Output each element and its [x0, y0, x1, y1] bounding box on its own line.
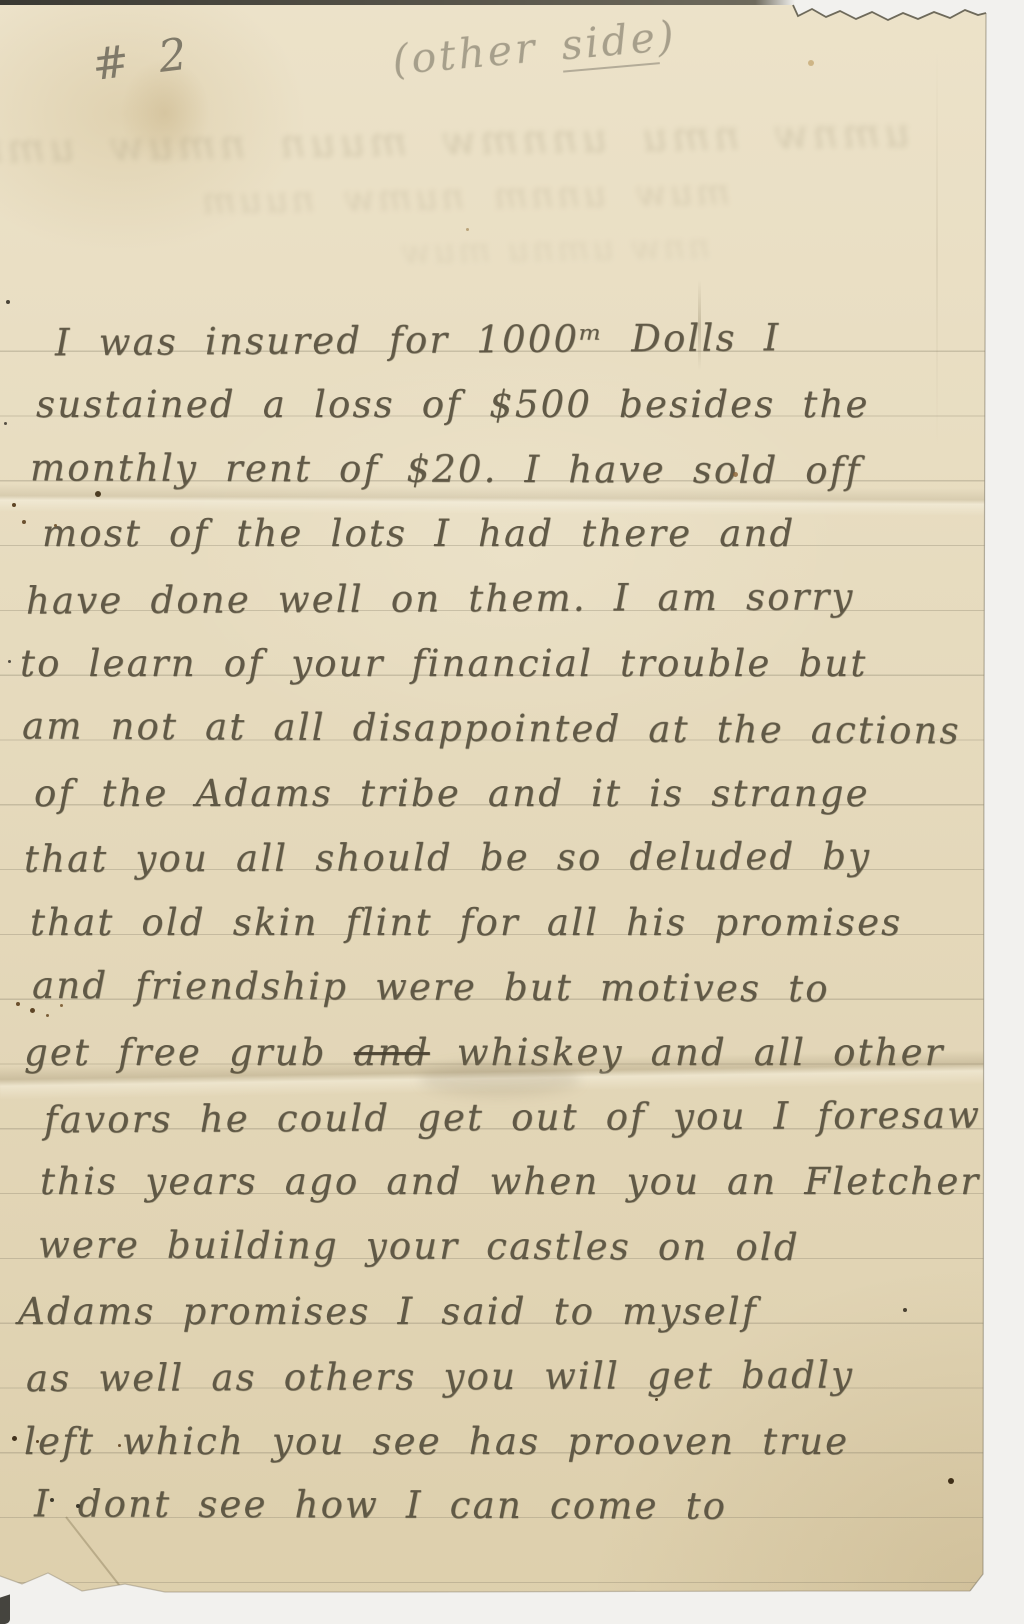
other-side-underlined: side	[559, 13, 660, 72]
handwritten-line: of the Adams tribe and it is strange	[34, 772, 1000, 837]
other-side-annotation: (other side)	[390, 12, 678, 85]
ink-speck	[6, 300, 10, 304]
handwritten-line: and friendship were but motives to	[32, 964, 1000, 1033]
handwritten-line: sustained a loss of $500 besides the	[36, 383, 1000, 448]
handwritten-line: this years ago and when you an Fletcher	[40, 1160, 1000, 1225]
page-number-annotation: # 2	[89, 28, 197, 91]
other-side-pre: (other	[390, 22, 563, 85]
handwritten-line: favors he could get out of you I foresaw	[44, 1093, 1000, 1163]
handwritten-line: left which you see has prooven true	[24, 1420, 1000, 1485]
foxing-spot	[808, 60, 814, 66]
line-text: get free grub	[24, 1031, 354, 1074]
handwritten-line: monthly rent of $20. I have sold off	[30, 446, 1000, 514]
scan-corner-shadow	[0, 1594, 10, 1624]
letter-scan: umnw nmu unnmw muun nmuw umm nue muw unn…	[0, 0, 1024, 1624]
bleedthrough-line: muw unnm numw nuum	[300, 172, 731, 220]
handwritten-line: I was insured for 1000ᵐ Dolls I	[55, 315, 1000, 386]
other-side-post: )	[656, 12, 679, 61]
handwritten-line: have done well on them. I am sorry	[26, 575, 1000, 645]
handwritten-line: that you all should be so deluded by	[24, 835, 1000, 903]
struck-word: and	[354, 1031, 430, 1074]
handwritten-line: Adams promises I said to myself	[18, 1290, 1000, 1355]
bleedthrough-line: umnw nmu unnmw muun nmuw umm nue	[60, 111, 911, 172]
handwritten-line: to learn of your financial trouble but	[20, 642, 1000, 707]
bleedthrough-line: nnw umnu muw	[330, 227, 711, 274]
foxing-spot	[466, 228, 469, 231]
handwritten-line: most of the lots I had there and	[42, 512, 1000, 577]
paper-sheet: umnw nmu unnmw muun nmuw umm nue muw unn…	[0, 0, 1024, 1624]
letter-body: I was insured for 1000ᵐ Dolls I sustaine…	[0, 318, 1000, 1549]
handwritten-line: were building your castles on old	[38, 1223, 1000, 1291]
handwritten-line: that old skin flint for all his promises	[30, 901, 1000, 966]
scan-top-edge	[0, 0, 795, 5]
handwritten-line: I dont see how I can come to	[34, 1483, 1000, 1551]
handwritten-line: as well as others you will get badly	[26, 1353, 1000, 1422]
ink-smudge	[420, 1062, 580, 1096]
handwritten-line: am not at all disappointed at the action…	[22, 704, 1000, 774]
